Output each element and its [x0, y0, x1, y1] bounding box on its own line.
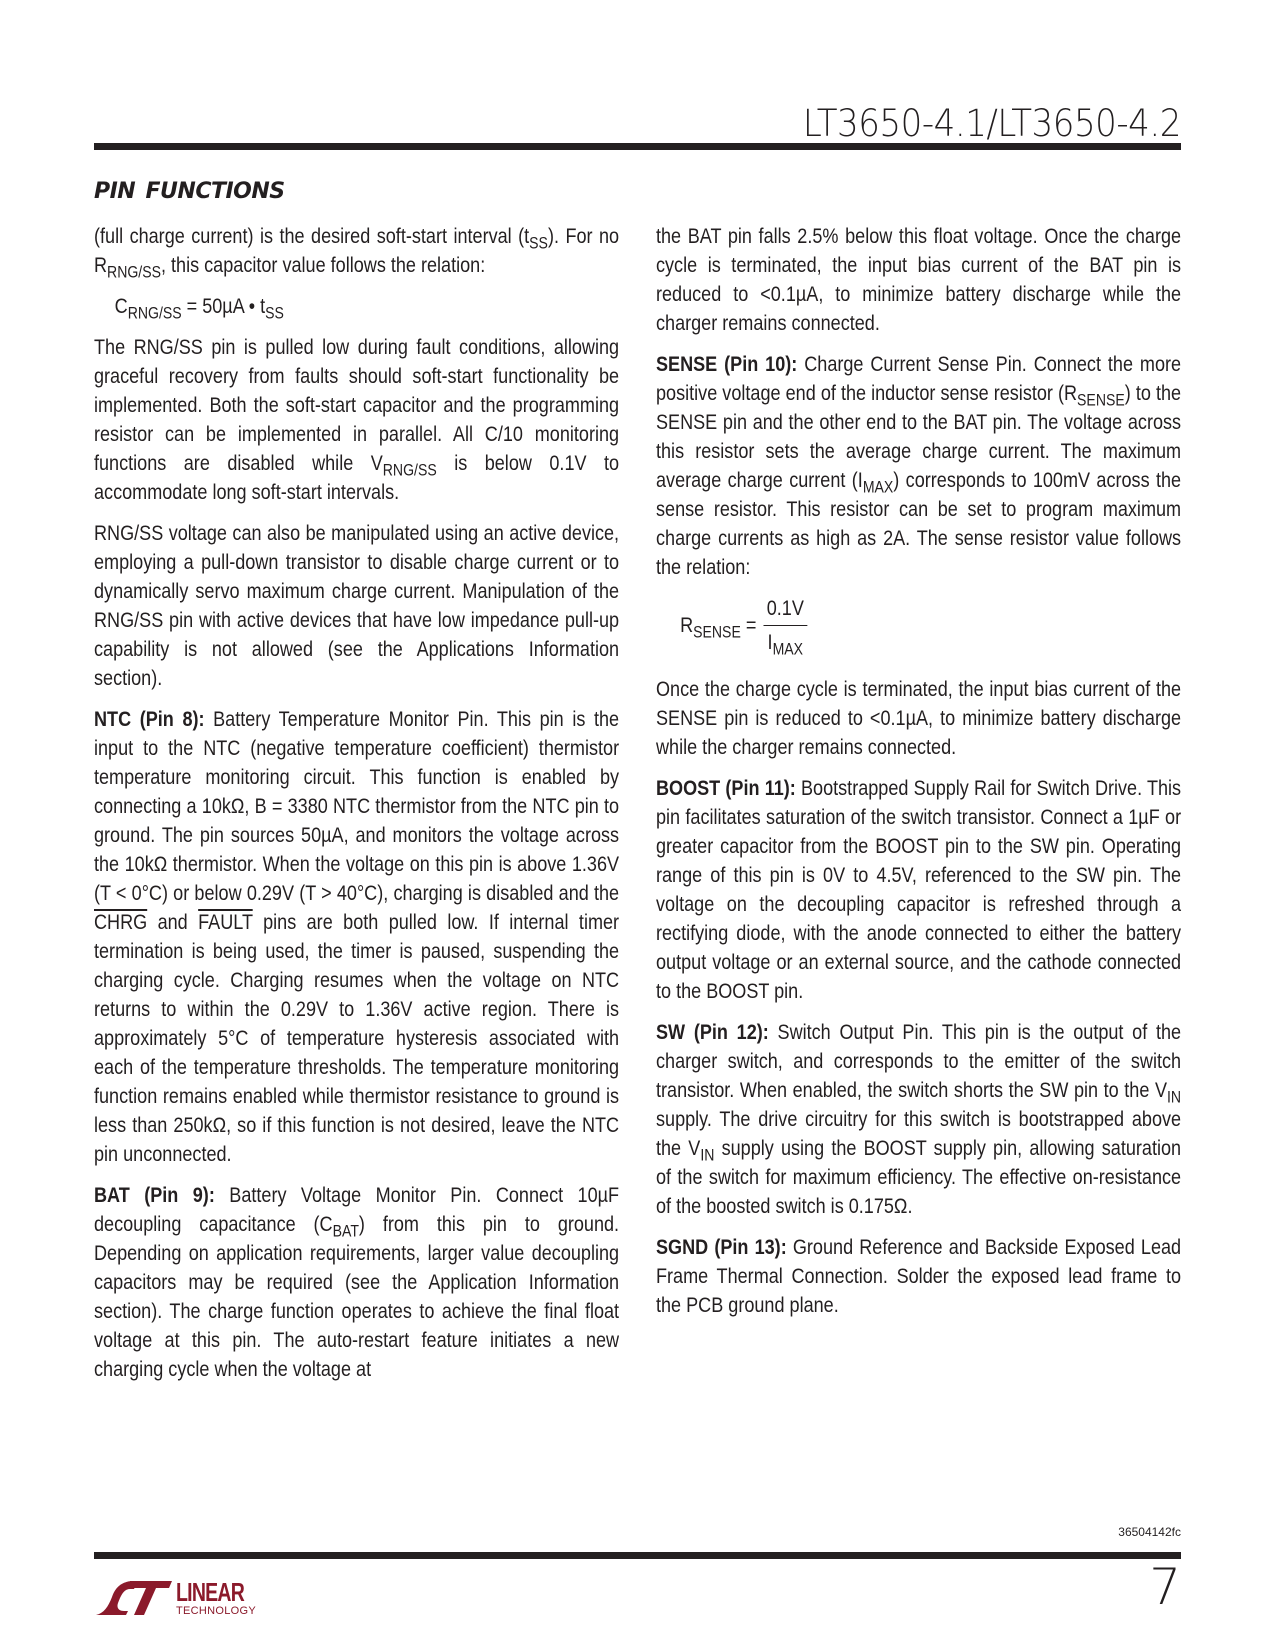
- footer-rule: [94, 1552, 1181, 1559]
- pin-sense-label: SENSE (Pin 10):: [656, 353, 797, 376]
- subscript: IN: [1167, 1089, 1181, 1107]
- text: pins are both pulled low. If internal ti…: [94, 911, 619, 1166]
- denominator: IMAX: [764, 626, 806, 657]
- subscript: BAT: [333, 1223, 359, 1241]
- formula-lhs: RSENSE =: [680, 611, 756, 640]
- text: (full charge current) is the desired sof…: [94, 225, 529, 248]
- text: R: [680, 614, 693, 637]
- paragraph-sense-bias: Once the charge cycle is terminated, the…: [656, 675, 1181, 762]
- text: C: [115, 295, 128, 318]
- right-column: the BAT pin falls 2.5% below this float …: [656, 222, 1181, 1332]
- pin-sgnd-description: SGND (Pin 13): Ground Reference and Back…: [656, 1233, 1181, 1320]
- formula-r-sense: RSENSE = 0.1V IMAX: [656, 594, 1108, 657]
- fraction: 0.1V IMAX: [763, 594, 807, 657]
- pin-bat-description: BAT (Pin 9): Battery Voltage Monitor Pin…: [94, 1181, 619, 1384]
- pin-sense-description: SENSE (Pin 10): Charge Current Sense Pin…: [656, 350, 1181, 582]
- text: and: [147, 911, 198, 934]
- logo-text: LINEAR TECHNOLOGY: [176, 1579, 267, 1617]
- subscript: RNG/SS: [107, 264, 161, 282]
- subscript: SENSE: [1077, 392, 1125, 410]
- pin-sw-label: SW (Pin 12):: [656, 1021, 769, 1044]
- paragraph-active-device: RNG/SS voltage can also be manipulated u…: [94, 519, 619, 693]
- lt-logo-icon: [94, 1577, 172, 1617]
- subscript: MAX: [863, 479, 893, 497]
- document-code: 36504142fc: [1118, 1525, 1181, 1539]
- paragraph-fault-conditions: The RNG/SS pin is pulled low during faul…: [94, 333, 619, 507]
- pin-ntc-description: NTC (Pin 8): Battery Temperature Monitor…: [94, 705, 619, 1169]
- formula-c-rng-ss: CRNG/SS = 50µA • tSS: [94, 292, 640, 321]
- part-number-header: LT3650-4.1/LT3650-4.2: [803, 102, 1181, 145]
- text: , this capacitor value follows the relat…: [161, 254, 485, 277]
- section-title: Pin Functions: [94, 170, 285, 206]
- subscript: RNG/SS: [128, 305, 182, 323]
- page-number: 7: [1149, 1562, 1181, 1612]
- pin-boost-description: BOOST (Pin 11): Bootstrapped Supply Rail…: [656, 774, 1181, 1006]
- pin-sgnd-label: SGND (Pin 13):: [656, 1236, 787, 1259]
- text: ) from this pin to ground. Depending on …: [94, 1213, 619, 1381]
- numerator: 0.1V: [763, 594, 807, 626]
- subscript: IN: [700, 1147, 714, 1165]
- header-rule: [94, 143, 1181, 150]
- paragraph-bat-continued: the BAT pin falls 2.5% below this float …: [656, 222, 1181, 338]
- text: = 50µA • t: [182, 295, 266, 318]
- pin-ntc-label: NTC (Pin 8):: [94, 708, 205, 731]
- linear-technology-logo: LINEAR TECHNOLOGY: [94, 1573, 267, 1617]
- paragraph-soft-start: (full charge current) is the desired sof…: [94, 222, 619, 280]
- pin-sw-description: SW (Pin 12): Switch Output Pin. This pin…: [656, 1018, 1181, 1221]
- text: Bootstrapped Supply Rail for Switch Driv…: [656, 777, 1181, 1003]
- subscript: SS: [265, 305, 284, 323]
- text: Battery Temperature Monitor Pin. This pi…: [94, 708, 619, 905]
- subscript: MAX: [773, 641, 803, 659]
- left-column: (full charge current) is the desired sof…: [94, 222, 619, 1396]
- subscript: SENSE: [693, 624, 741, 642]
- text: =: [741, 614, 757, 637]
- pin-bat-label: BAT (Pin 9):: [94, 1184, 215, 1207]
- pin-boost-label: BOOST (Pin 11):: [656, 777, 796, 800]
- chrg-signal: CHRG: [94, 911, 147, 934]
- subscript: SS: [529, 235, 548, 253]
- text: supply using the BOOST supply pin, allow…: [656, 1137, 1181, 1218]
- logo-word: LINEAR: [176, 1579, 244, 1605]
- fault-signal: FAULT: [198, 911, 253, 934]
- subscript: RNG/SS: [383, 462, 437, 480]
